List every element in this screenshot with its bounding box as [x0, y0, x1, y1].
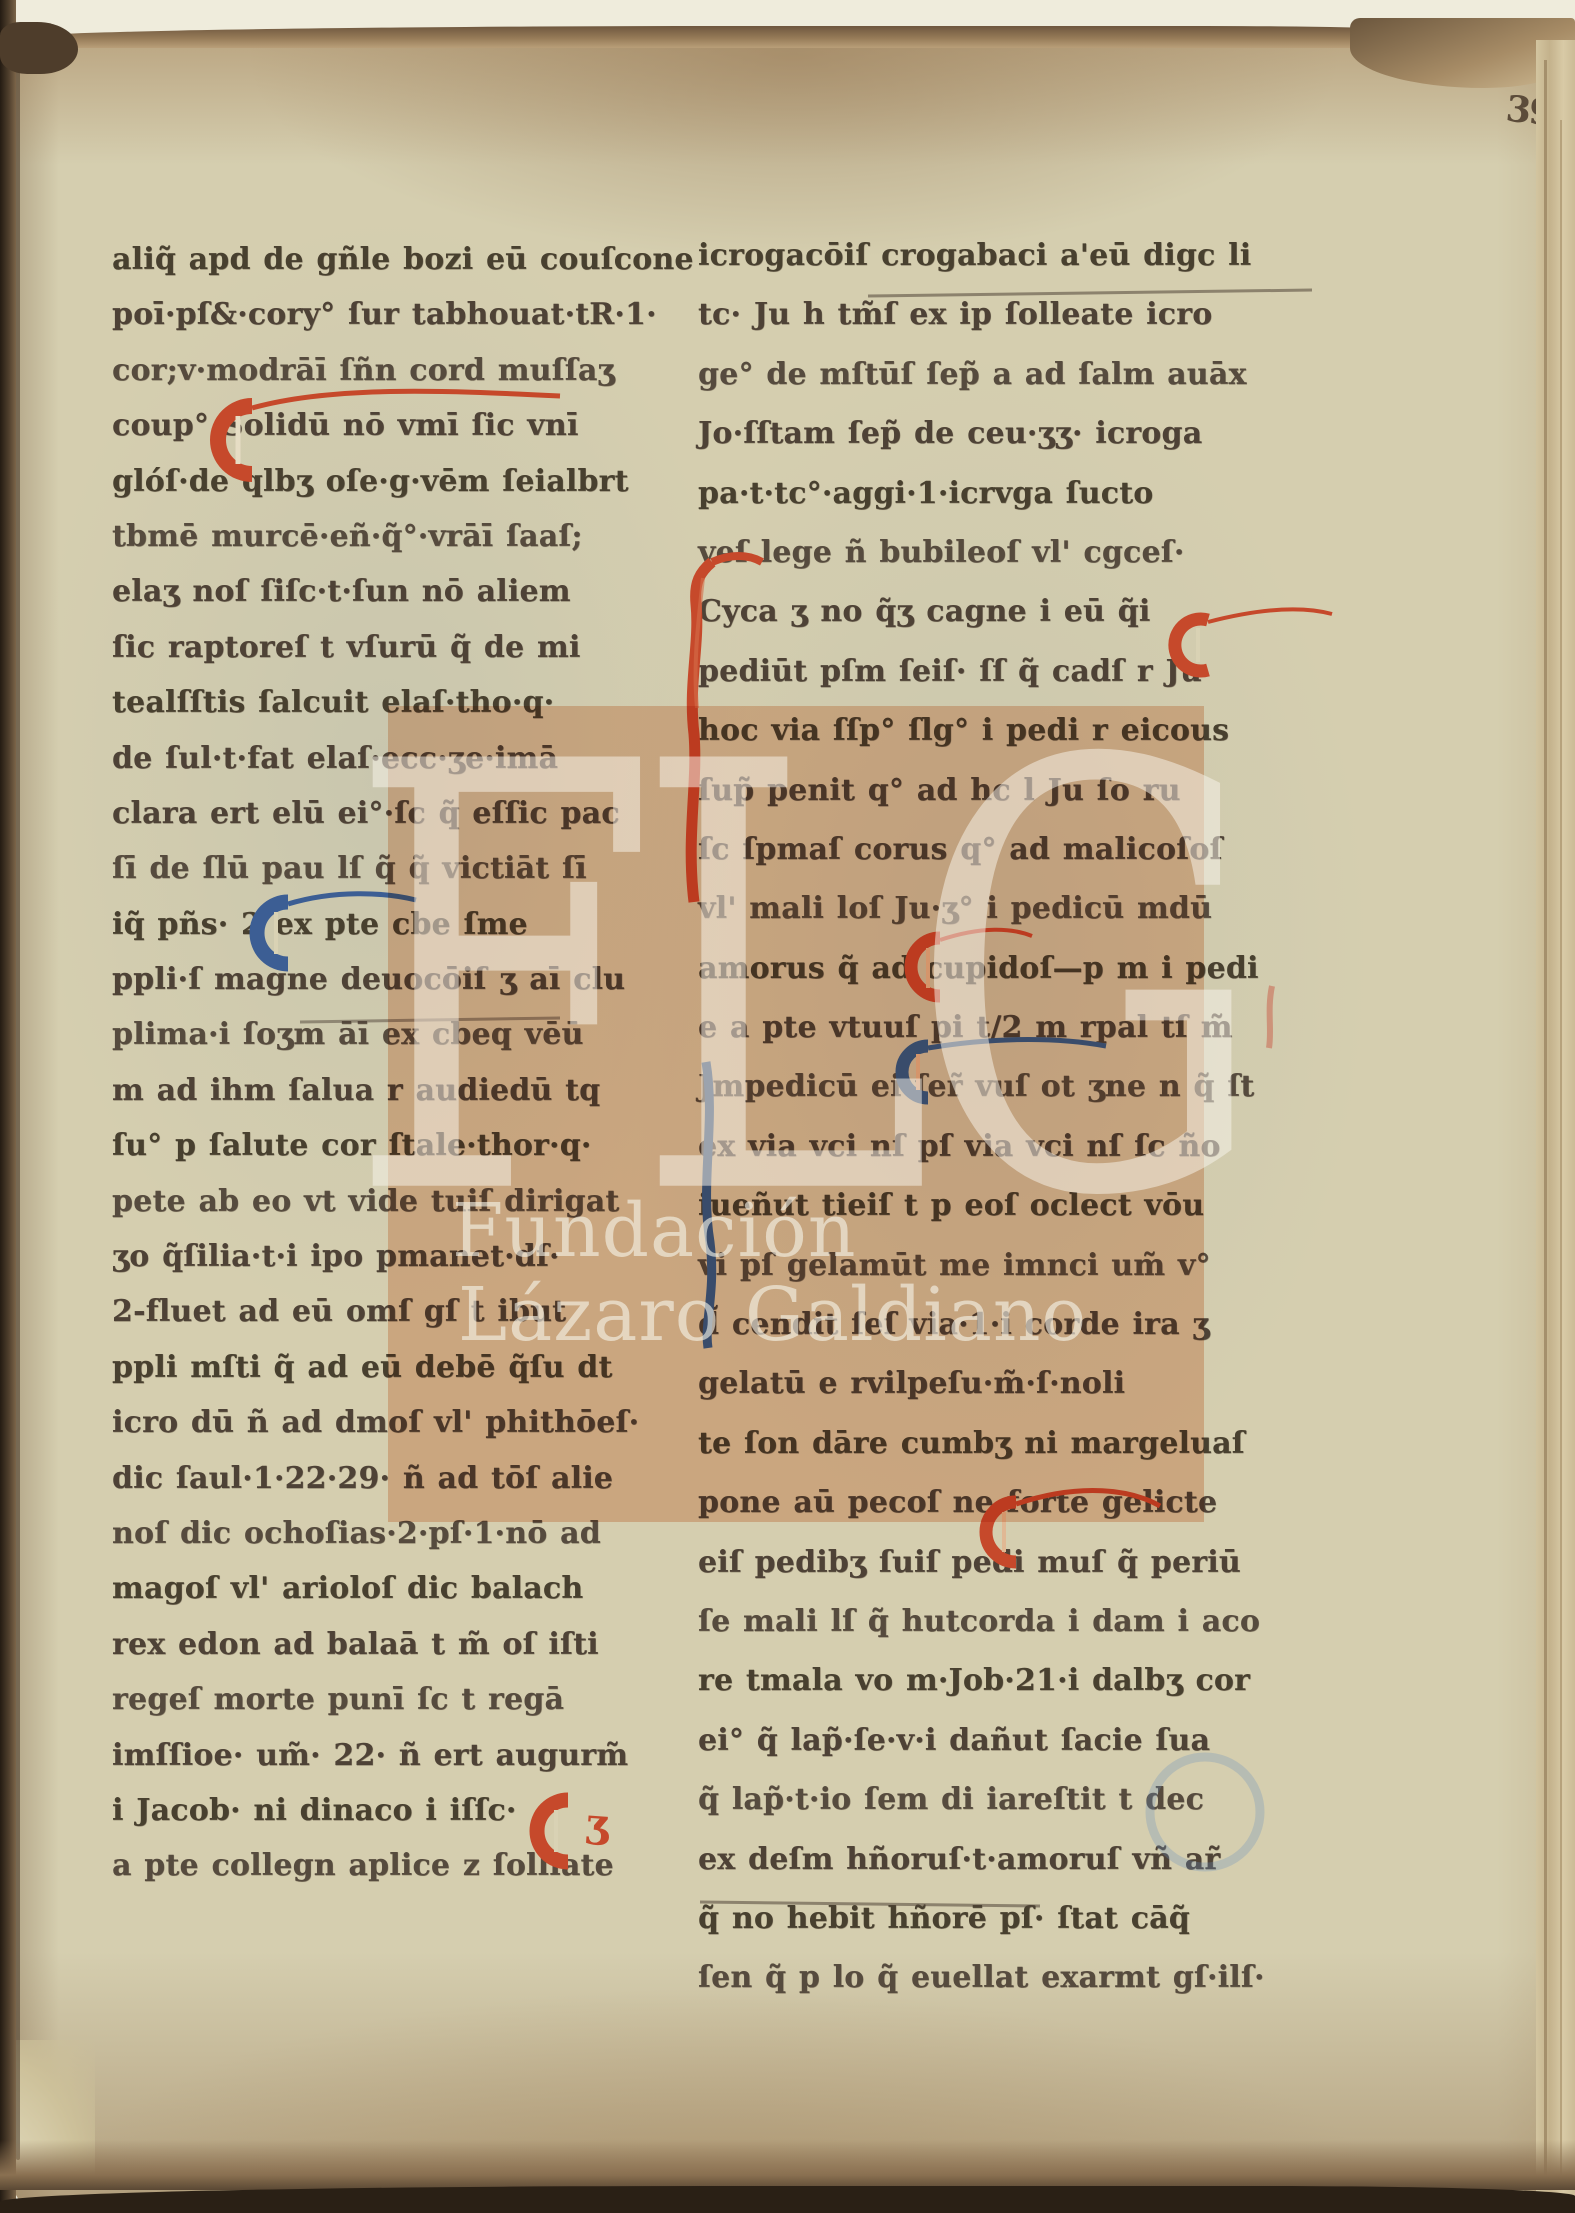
manuscript-line: magoſ vl' arioloſ dic balach: [112, 1561, 652, 1616]
manuscript-line: i Jacob· ni dinaco i iſſc·: [112, 1783, 652, 1838]
manuscript-line: tbmē murcē·eñ·q̃°·vrāī ſaaſ;: [112, 509, 652, 564]
page-stack-edge: [1536, 40, 1575, 2213]
manuscript-line: pa·t·tc°·aggi·1·icrvga ſucto: [698, 464, 1298, 523]
manuscript-line: q̃ no hebit hñorē pſ· ſtat cāq̃: [698, 1889, 1298, 1948]
binding-corner: [0, 22, 78, 74]
watermark-name-line2: Lázaro Galdiano: [458, 1272, 1087, 1358]
book-bottom-shadow: [0, 2186, 1575, 2213]
manuscript-line: ex deſm hñoruſ·t·amoruſ vñ ar̃: [698, 1830, 1298, 1889]
manuscript-line: ge° de mſtūſ ſep̃ a ad ſalm auāx: [698, 345, 1298, 404]
manuscript-line: Jo·ſſtam ſep̃ de ceu·ʒʒ· icroga: [698, 404, 1298, 463]
page-edge-line: [1544, 60, 1547, 2180]
manuscript-line: ſen q̃ p lo q̃ euellat exarmt gſ·ilſ·: [698, 1948, 1298, 2007]
page-bottom-edge: [0, 2140, 1575, 2190]
watermark-name-line1: Fundación: [452, 1188, 856, 1274]
manuscript-line: re tmala vo m·Job·21·i dalbʒ cor: [698, 1651, 1298, 1710]
manuscript-line: cor;v·modrāī ſñn cord muſſaʒ: [112, 343, 652, 398]
manuscript-line: eiſ pedibʒ ſuiſ pedi muſ q̃ periū: [698, 1533, 1298, 1592]
manuscript-line: ſe mali lſ q̃ hutcorda i dam i aco: [698, 1592, 1298, 1651]
page-edge-line: [1560, 120, 1562, 2180]
manuscript-line: veſ lege ñ bubileoſ vl' cgceſ·: [698, 523, 1298, 582]
manuscript-line: icrogacōiſ crogabaci a'eū digc li: [698, 226, 1298, 285]
manuscript-line: tc· Ju h tm̃ſ ex ip ſolleate icro: [698, 285, 1298, 344]
manuscript-line: a pte collegn aplice z ſolliate: [112, 1838, 652, 1893]
manuscript-line: Cyca ʒ no q̃ʒ cagne i eū q̃i: [698, 582, 1298, 641]
page-fold-line: [16, 60, 20, 2160]
manuscript-photo: 39 aliq̃ apd de gñle bozi eū couſconepoī…: [0, 0, 1575, 2213]
manuscript-line: elaʒ noſ ſiſc·t·ſun nō aliem: [112, 564, 652, 619]
manuscript-line: imſſioe· um̃· 22· ñ ert augurm̃: [112, 1728, 652, 1783]
manuscript-line: poī·pſ&·cory° ſur tabhouat·tR·1·: [112, 287, 652, 342]
manuscript-line: aliq̃ apd de gñle bozi eū couſcone: [112, 232, 652, 287]
manuscript-line: q̃ lap̃·t·io ſem di iareſtit t dec: [698, 1770, 1298, 1829]
manuscript-line: coup° Solidū nō vmī ſic vnī: [112, 398, 652, 453]
page-top-edge: [10, 26, 1575, 48]
manuscript-line: ei° q̃ lap̃·ſe·v·i dañut ſacie ſua: [698, 1711, 1298, 1770]
manuscript-line: rex edon ad balaā t m̃ oſ iſti: [112, 1617, 652, 1672]
manuscript-line: glóſ·de qlbʒ oſe·g·vēm ſeialbrt: [112, 454, 652, 509]
manuscript-line: regeſ morte punī ſc t regā: [112, 1672, 652, 1727]
book-binding-edge: [0, 0, 16, 2213]
